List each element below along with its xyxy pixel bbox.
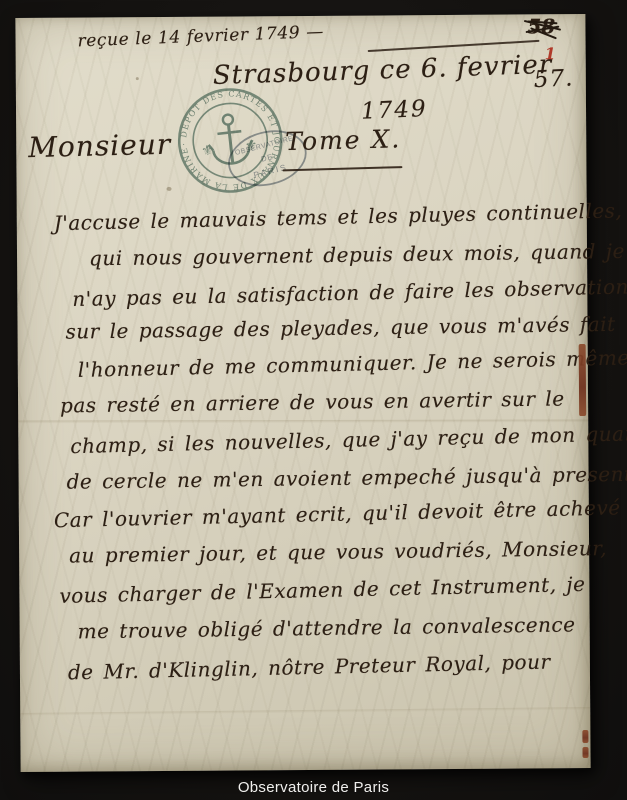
wax-seal-remnant [579, 344, 587, 416]
letter-line: de Mr. d'Klinglin, nôtre Preteur Royal, … [68, 649, 551, 684]
salutation: Monsieur [28, 128, 172, 164]
letter-body: J'accuse le mauvais tems et les pluyes c… [15, 14, 585, 18]
letter-line: au premier jour, et que vous voudriés, M… [69, 536, 607, 568]
paper-speck [167, 187, 172, 191]
letter-line: pas resté en arriere de vous en avertir … [60, 386, 565, 417]
letter-page: reçue le 14 fevrier 1749 — Strasbourg ce… [15, 14, 590, 772]
received-annotation: reçue le 14 fevrier 1749 — [77, 22, 324, 51]
letter-line: vous charger de l'Examen de cet Instrume… [59, 572, 586, 608]
photo-background: { "window": { "caption": "Observatoire d… [0, 0, 627, 800]
folio-number: 57. [533, 65, 574, 93]
letter-line: qui nous gouvernent depuis deux mois, qu… [89, 239, 625, 270]
wax-seal-remnant [582, 747, 588, 758]
fold-crease [18, 420, 588, 424]
dateline-year: 1749 [361, 96, 429, 125]
letter-line: Car l'ouvrier m'ayant ecrit, qu'il devoi… [54, 495, 621, 532]
wax-seal-remnant [582, 730, 588, 743]
letter-line: sur le passage des pleyades, que vous m'… [65, 312, 615, 344]
letter-line: n'ay pas eu la satisfaction de faire les… [72, 274, 627, 311]
letter-line: me trouve obligé d'attendre la convalesc… [77, 612, 575, 643]
paper-speck [136, 77, 139, 80]
letter-line: champ, si les nouvelles, que j'ay reçu d… [70, 421, 627, 458]
volume-label: Tome X. [285, 124, 402, 156]
letter-line: J'accuse le mauvais tems et les pluyes c… [54, 198, 623, 235]
letter-line: l'honneur de me communiquer. Je ne seroi… [78, 345, 627, 382]
image-caption: Observatoire de Paris [0, 779, 627, 796]
oval-stamp-line2: DE [260, 152, 274, 164]
fold-crease [20, 707, 590, 716]
letter-line: de cercle ne m'en avoient empeché jusqu'… [66, 462, 627, 494]
fleur-de-lis-icon: ⚜ [200, 142, 214, 159]
red-ink-mark: 1 [545, 44, 556, 63]
